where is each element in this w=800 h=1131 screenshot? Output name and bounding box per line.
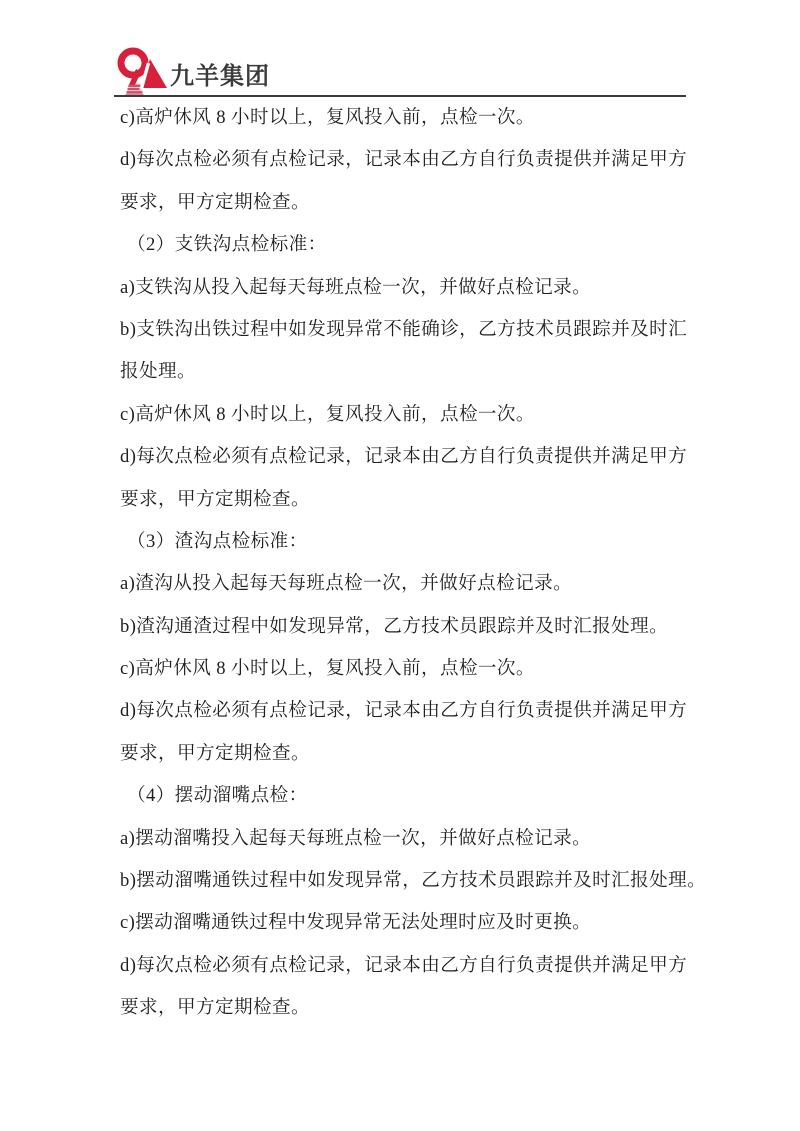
company-name: 九羊集团 [170,56,270,91]
paragraph-line: c)高炉休风 8 小时以上，复风投入前，点检一次。 [120,97,695,139]
paragraph-line: 要求，甲方定期检查。 [120,987,695,1029]
paragraph-line: c)高炉休风 8 小时以上，复风投入前，点检一次。 [120,394,695,436]
paragraph-line: c)摆动溜嘴通铁过程中发现异常无法处理时应及时更换。 [120,902,695,944]
paragraph-line: c)高炉休风 8 小时以上，复风投入前，点检一次。 [120,648,695,690]
paragraph-line: a)摆动溜嘴投入起每天每班点检一次，并做好点检记录。 [120,818,695,860]
paragraph-line: a)渣沟从投入起每天每班点检一次，并做好点检记录。 [120,563,695,605]
paragraph-line: 要求，甲方定期检查。 [120,479,695,521]
document-body: c)高炉休风 8 小时以上，复风投入前，点检一次。d)每次点检必须有点检记录，记… [120,97,695,1030]
paragraph-line: d)每次点检必须有点检记录，记录本由乙方自行负责提供并满足甲方 [120,945,695,987]
page-header: 九羊集团 [114,44,686,98]
paragraph-line: d)每次点检必须有点检记录，记录本由乙方自行负责提供并满足甲方 [120,690,695,732]
paragraph-line: d)每次点检必须有点检记录，记录本由乙方自行负责提供并满足甲方 [120,436,695,478]
paragraph-line: d)每次点检必须有点检记录，记录本由乙方自行负责提供并满足甲方 [120,139,695,181]
ram-logo-icon [116,46,172,98]
paragraph-line: 要求，甲方定期检查。 [120,733,695,775]
paragraph-line: b)渣沟通渣过程中如发现异常，乙方技术员跟踪并及时汇报处理。 [120,606,695,648]
paragraph-line: 要求，甲方定期检查。 [120,182,695,224]
paragraph-line: b)摆动溜嘴通铁过程中如发现异常，乙方技术员跟踪并及时汇报处理。 [120,860,695,902]
paragraph-line: 报处理。 [120,351,695,393]
paragraph-line: a)支铁沟从投入起每天每班点检一次，并做好点检记录。 [120,267,695,309]
paragraph-line: （4）摆动溜嘴点检： [120,775,695,817]
paragraph-line: （2）支铁沟点检标准： [120,224,695,266]
paragraph-line: （3）渣沟点检标准： [120,521,695,563]
company-logo-icon [116,46,172,98]
paragraph-line: b)支铁沟出铁过程中如发现异常不能确诊，乙方技术员跟踪并及时汇 [120,309,695,351]
